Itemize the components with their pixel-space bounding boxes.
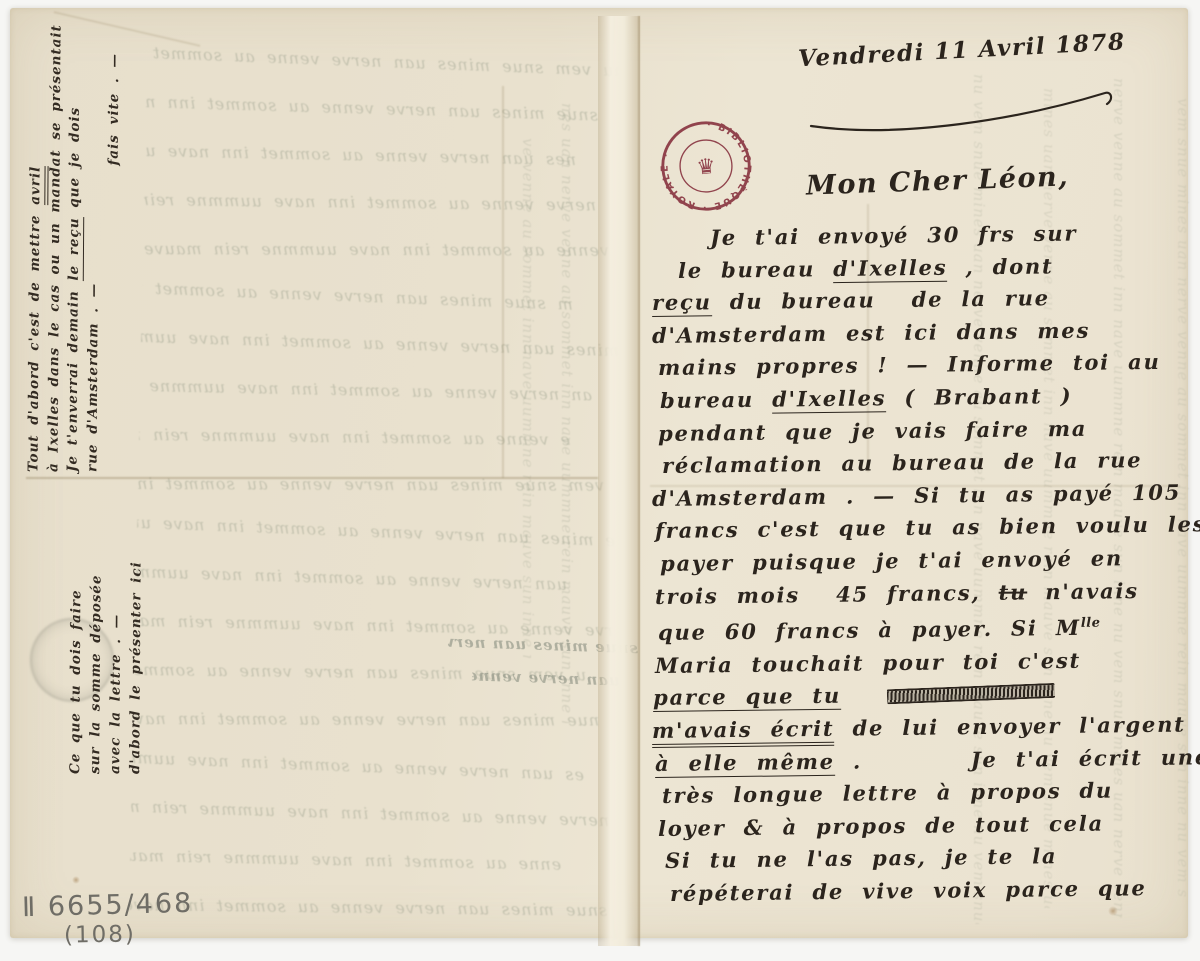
ghost-writing-column: nes uan nerve venne au sommet inn nave u… (558, 103, 576, 723)
letter-line-21: répéterai de vive voix parce que (670, 871, 1197, 910)
letter-line-13: que 60 francs à payer. Si Mlle (658, 607, 1197, 650)
horizontal-crease (26, 477, 598, 479)
catalog-shelfmark: Ⅱ 6655/468 (22, 888, 194, 923)
letter-paper: nu vem snue mines uan nerve venne au som… (10, 8, 1188, 938)
margin-note-line-3: Je t'enverrai demain le reçu que je dois (63, 24, 86, 472)
ghost-line: snue mines uan nerve venne au sommet inn… (129, 881, 608, 934)
ghost-line: enne au sommet inn nave uummne rein mauv… (130, 832, 562, 888)
margin-note-bottom: Ce que tu dois fairesur la somme déposée… (66, 522, 146, 774)
crossed-out-text (887, 683, 1055, 704)
salutation: Mon Cher Léon, (806, 161, 1070, 201)
age-spot (72, 876, 80, 884)
ghost-writing-left: nu vem snue mines uan nerve venne au som… (129, 33, 626, 945)
date-line: Vendredi 11 Avril 1878 (798, 27, 1159, 73)
ghost-line: nes uan nerve venne au sommet inn nave u… (145, 127, 577, 183)
margin-note-line-3: avec la lettre . — (105, 522, 127, 774)
margin-note-line-1: Ce que tu dois faire (65, 522, 87, 774)
margin-note-line-1: Tout d'abord c'est de mettre avril (24, 24, 47, 472)
margin-note-top: Tout d'abord c'est de mettre avrilà Ixel… (26, 24, 124, 472)
library-stamp: · BIBLIOTHÈQUE · ROYALE · ♛ (653, 113, 759, 219)
fold-edge (598, 16, 640, 946)
margin-note-line-2: sur la somme déposée (85, 522, 107, 774)
stamp-crest-icon: ♛ (695, 153, 716, 180)
ghost-writing-column: ve venne au sommet inn nave uummne rein … (519, 138, 537, 658)
scanned-letter-view: { "document": { "date_line": "Vendredi 1… (0, 0, 1200, 961)
margin-note-line-4: d'abord le présenter ici (125, 522, 147, 774)
vertical-crease (502, 86, 504, 478)
margin-note-line-5: fais vite . — (102, 24, 125, 472)
letter-body: Je t'ai envoyé 30 frs surle bureau d'Ixe… (652, 222, 1197, 910)
date-underline-flourish (805, 80, 1127, 142)
catalog-number-secondary: (108) (64, 921, 136, 948)
ghost-line: e venne au sommet inn nave uummne rein m… (139, 411, 571, 463)
